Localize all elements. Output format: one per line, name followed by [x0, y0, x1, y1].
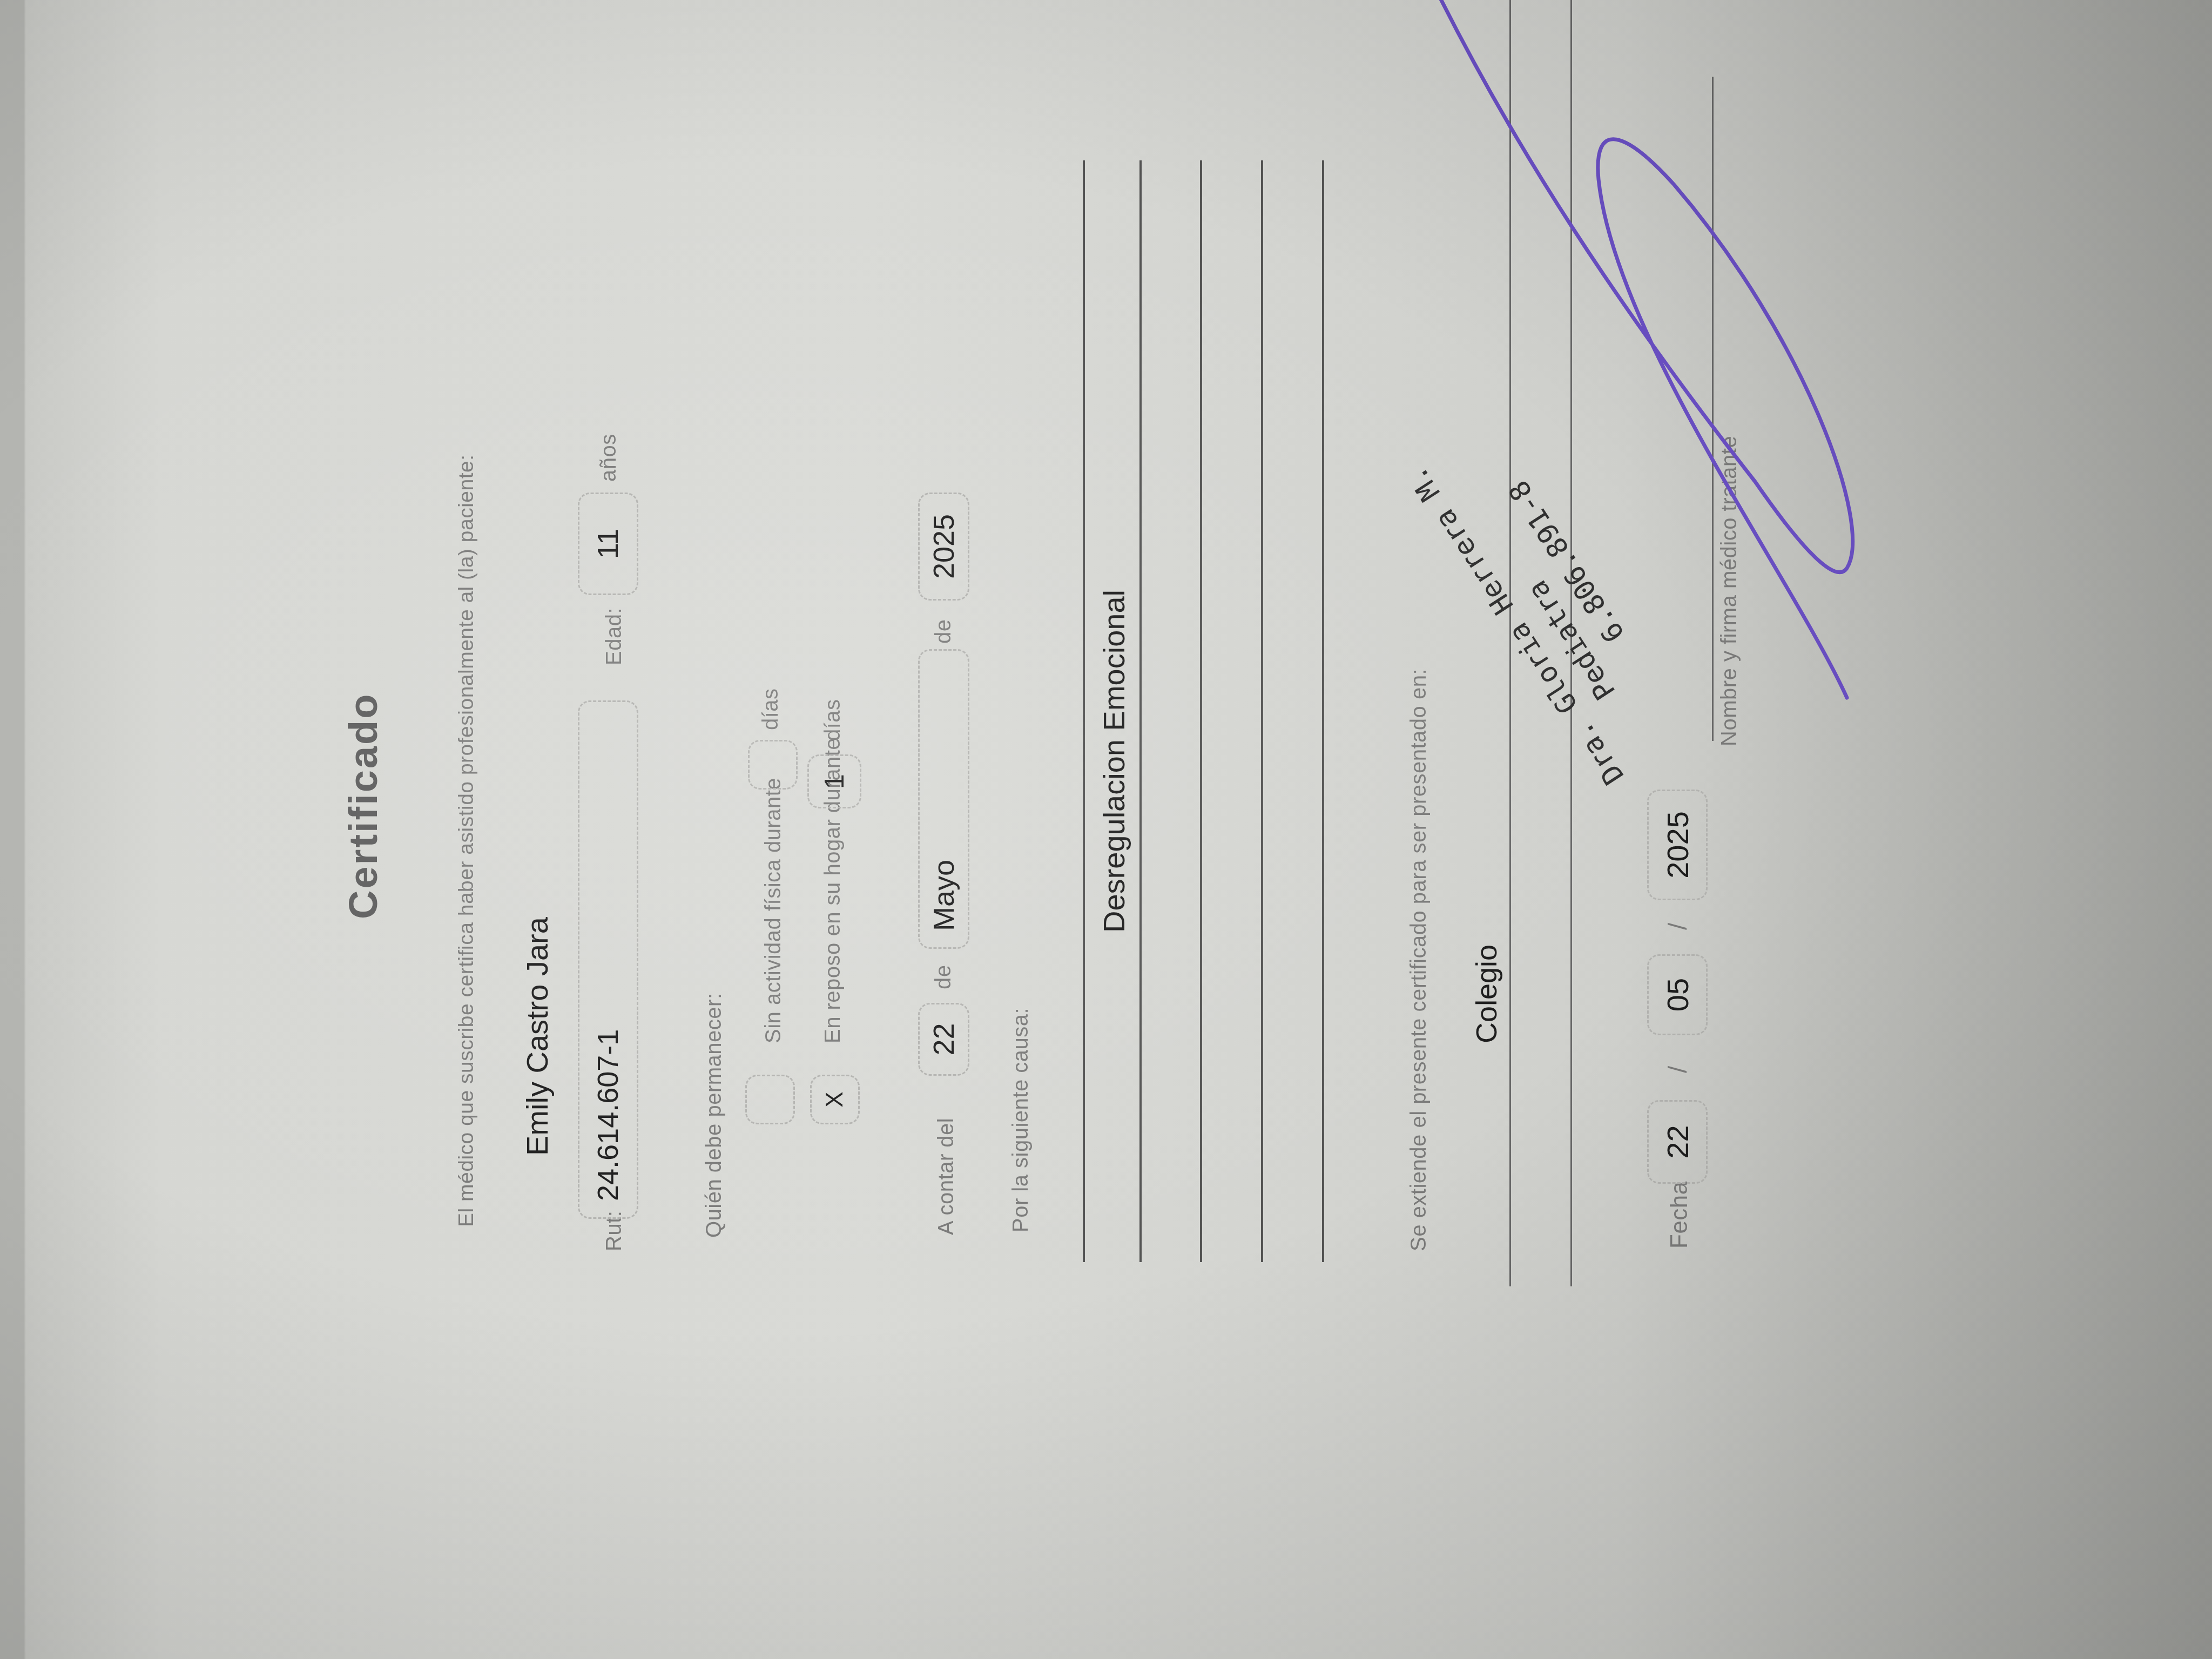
fecha-label: Fecha — [1666, 1181, 1693, 1249]
edad-label: Edad: — [602, 608, 626, 665]
patient-name: Emily Castro Jara — [520, 917, 555, 1156]
checkbox-mark: X — [821, 1091, 848, 1107]
doctor-stamp: Dra. Gloria Herrera M. Pediatra 6.806.89… — [1493, 355, 1793, 730]
causa-line-1-text[interactable]: Desregulacion Emocional — [1096, 590, 1131, 933]
desde-month-field[interactable]: Mayo — [918, 649, 969, 949]
fecha-year-value: 2025 — [1660, 811, 1695, 879]
intro-text: El médico que suscribe certifica haber a… — [455, 454, 478, 1227]
edad-field[interactable]: 11 — [578, 493, 638, 595]
fecha-month-value: 05 — [1660, 978, 1695, 1011]
dias-unit: días — [759, 688, 783, 730]
presentado-label: Se extiende el presente certificado para… — [1407, 669, 1431, 1251]
page-title: Certificado — [340, 692, 386, 919]
presentado-line-1-text[interactable]: Colegio — [1470, 945, 1503, 1043]
fecha-month-field[interactable]: 05 — [1647, 954, 1708, 1035]
desde-year-field[interactable]: 2025 — [918, 493, 969, 601]
causa-line-4 — [1261, 160, 1263, 1262]
desde-day-field[interactable]: 22 — [918, 1003, 969, 1076]
stamp-specialty: Pediatra — [1390, 374, 1625, 707]
desde-sep-1: de — [932, 965, 956, 990]
fecha-day-value: 22 — [1660, 1125, 1695, 1158]
desde-sep-2: de — [932, 619, 956, 644]
desde-year-value: 2025 — [927, 514, 961, 579]
causa-line-3 — [1200, 160, 1202, 1262]
en-reposo-days-field[interactable]: 1 — [807, 754, 861, 808]
rut-value: 24.614.607-1 — [591, 1029, 625, 1201]
fecha-sep-2: / — [1663, 922, 1693, 930]
sin-actividad-days-field[interactable] — [748, 740, 798, 790]
dias-unit: días — [821, 699, 845, 741]
fecha-sep-1: / — [1663, 1065, 1693, 1073]
photo-background: Certificado El médico que suscribe certi… — [0, 0, 2212, 1659]
fecha-day-field[interactable]: 22 — [1647, 1100, 1708, 1184]
checkbox-sin-actividad[interactable] — [745, 1075, 795, 1124]
rut-field[interactable]: 24.614.607-1 — [578, 700, 638, 1219]
causa-line-5 — [1322, 160, 1324, 1262]
causa-label: Por la siguiente causa: — [1009, 1008, 1033, 1232]
desde-month-value: Mayo — [927, 860, 961, 931]
permanencia-label: Quién debe permanecer: — [702, 993, 726, 1238]
edad-value: 11 — [591, 529, 625, 559]
causa-line-1 — [1083, 160, 1085, 1262]
causa-line-2 — [1139, 160, 1142, 1262]
desde-label: A contar del — [934, 1118, 959, 1235]
checkbox-en-reposo[interactable]: X — [810, 1075, 860, 1124]
days-value: 1 — [819, 774, 850, 789]
fecha-year-field[interactable]: 2025 — [1647, 790, 1708, 900]
option-sin-actividad-text: Sin actividad física durante — [761, 778, 786, 1043]
medical-certificate-page: Certificado El médico que suscribe certi… — [0, 0, 2212, 1659]
edad-unit: años — [597, 434, 621, 482]
desde-day-value: 22 — [927, 1023, 961, 1055]
